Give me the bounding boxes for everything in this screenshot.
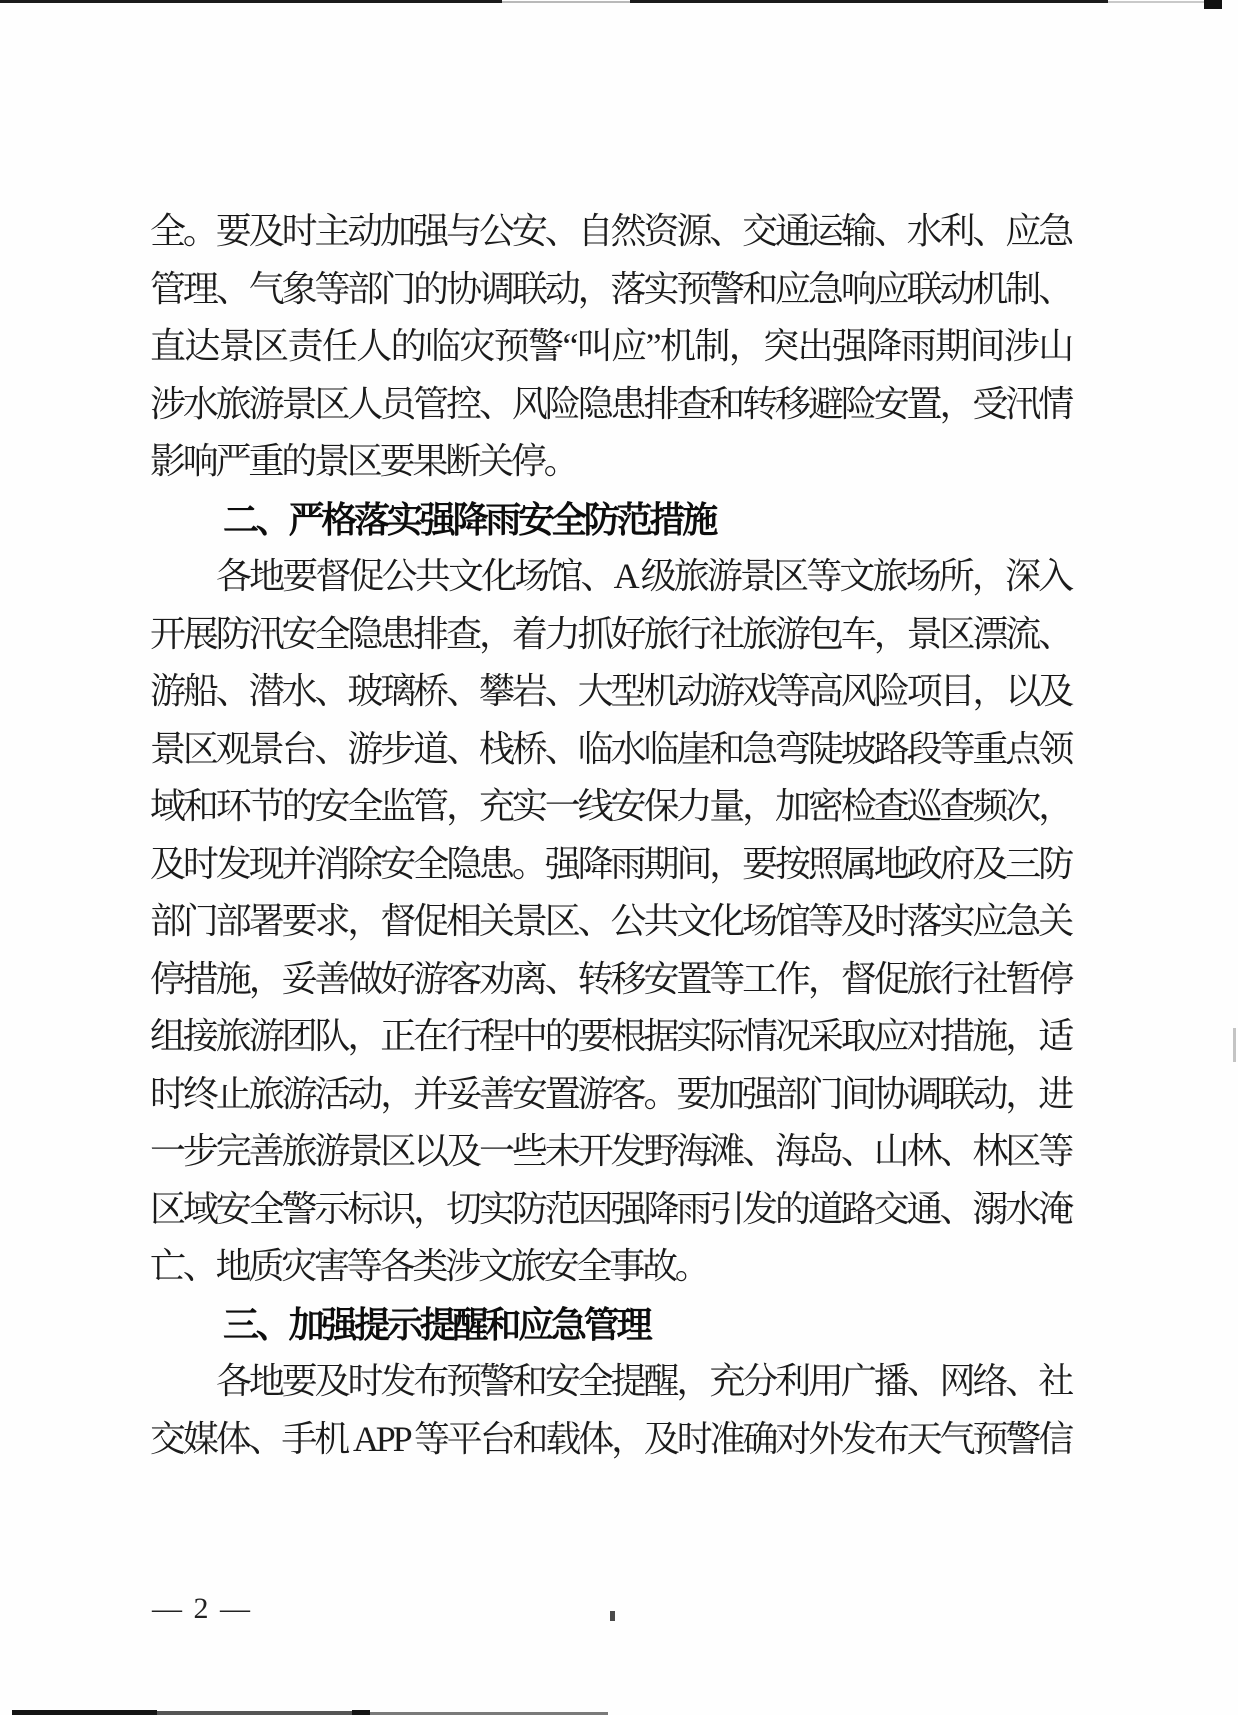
body-line: 全。要及时主动加强与公安、自然资源、交通运输、水利、应急 (150, 203, 1071, 261)
body-line: 景区观景台、游步道、栈桥、临水临崖和急弯陡坡路段等重点领 (150, 721, 1071, 779)
page-number: — 2 — (152, 1592, 252, 1626)
scan-artifact-top-right-blob (1204, 0, 1222, 9)
scan-artifact-bottom-edge (352, 1710, 370, 1715)
body-line: 域和环节的安全监管，充实一线安保力量，加密检查巡查频次， (150, 778, 1071, 836)
scanned-document-page: 全。要及时主动加强与公安、自然资源、交通运输、水利、应急 管理、气象等部门的协调… (0, 0, 1238, 1715)
body-line: 涉水旅游景区人员管控、风险隐患排查和转移避险安置，受汛情 (150, 376, 1071, 434)
body-line: 部门部署要求，督促相关景区、公共文化场馆等及时落实应急关 (150, 893, 1071, 951)
body-line: 停措施，妥善做好游客劝离、转移安置等工作，督促旅行社暂停 (150, 951, 1071, 1009)
body-line: 各地要督促公共文化场馆、A 级旅游景区等文旅场所，深入 (150, 548, 1071, 606)
body-line: 管理、气象等部门的协调联动，落实预警和应急响应联动机制、 (150, 261, 1071, 319)
body-line: 游船、潜水、玻璃桥、攀岩、大型机动游戏等高风险项目，以及 (150, 663, 1071, 721)
body-line: 各地要及时发布预警和安全提醒，充分利用广播、网络、社 (150, 1353, 1071, 1411)
section-heading-2: 二、严格落实强降雨安全防范措施 (150, 491, 1071, 549)
body-line: 交媒体、手机 APP 等平台和载体，及时准确对外发布天气预警信 (150, 1411, 1071, 1469)
body-line: 开展防汛安全隐患排查，着力抓好旅行社旅游包车，景区漂流、 (150, 606, 1071, 664)
body-line: 一步完善旅游景区以及一些未开发野海滩、海岛、山林、林区等 (150, 1123, 1071, 1181)
body-line: 亡、地质灾害等各类涉文旅安全事故。 (150, 1238, 1071, 1296)
scan-artifact-top-edge-gap (502, 1, 630, 3)
body-line: 组接旅游团队，正在行程中的要根据实际情况采取应对措施，适 (150, 1008, 1071, 1066)
scan-artifact-bottom-edge (157, 1711, 353, 1715)
body-line: 影响严重的景区要果断关停。 (150, 433, 1071, 491)
section-heading-3: 三、加强提示提醒和应急管理 (150, 1296, 1071, 1354)
scan-artifact-top-edge-faint (1108, 1, 1204, 3)
scan-artifact-speck (610, 1611, 615, 1621)
body-line: 及时发现并消除安全隐患。强降雨期间，要按照属地政府及三防 (150, 836, 1071, 894)
document-body: 全。要及时主动加强与公安、自然资源、交通运输、水利、应急 管理、气象等部门的协调… (150, 203, 1071, 1468)
scan-artifact-top-edge (0, 0, 502, 3)
body-line: 区域安全警示标识，切实防范因强降雨引发的道路交通、溺水淹 (150, 1181, 1071, 1239)
scan-artifact-bottom-edge (12, 1710, 157, 1715)
scan-artifact-top-edge (630, 0, 1108, 3)
body-line: 直达景区责任人的临灾预警“叫应”机制，突出强降雨期间涉山 (150, 318, 1071, 376)
scan-artifact-right-edge (1233, 1028, 1236, 1062)
body-line: 时终止旅游活动，并妥善安置游客。要加强部门间协调联动，进 (150, 1066, 1071, 1124)
